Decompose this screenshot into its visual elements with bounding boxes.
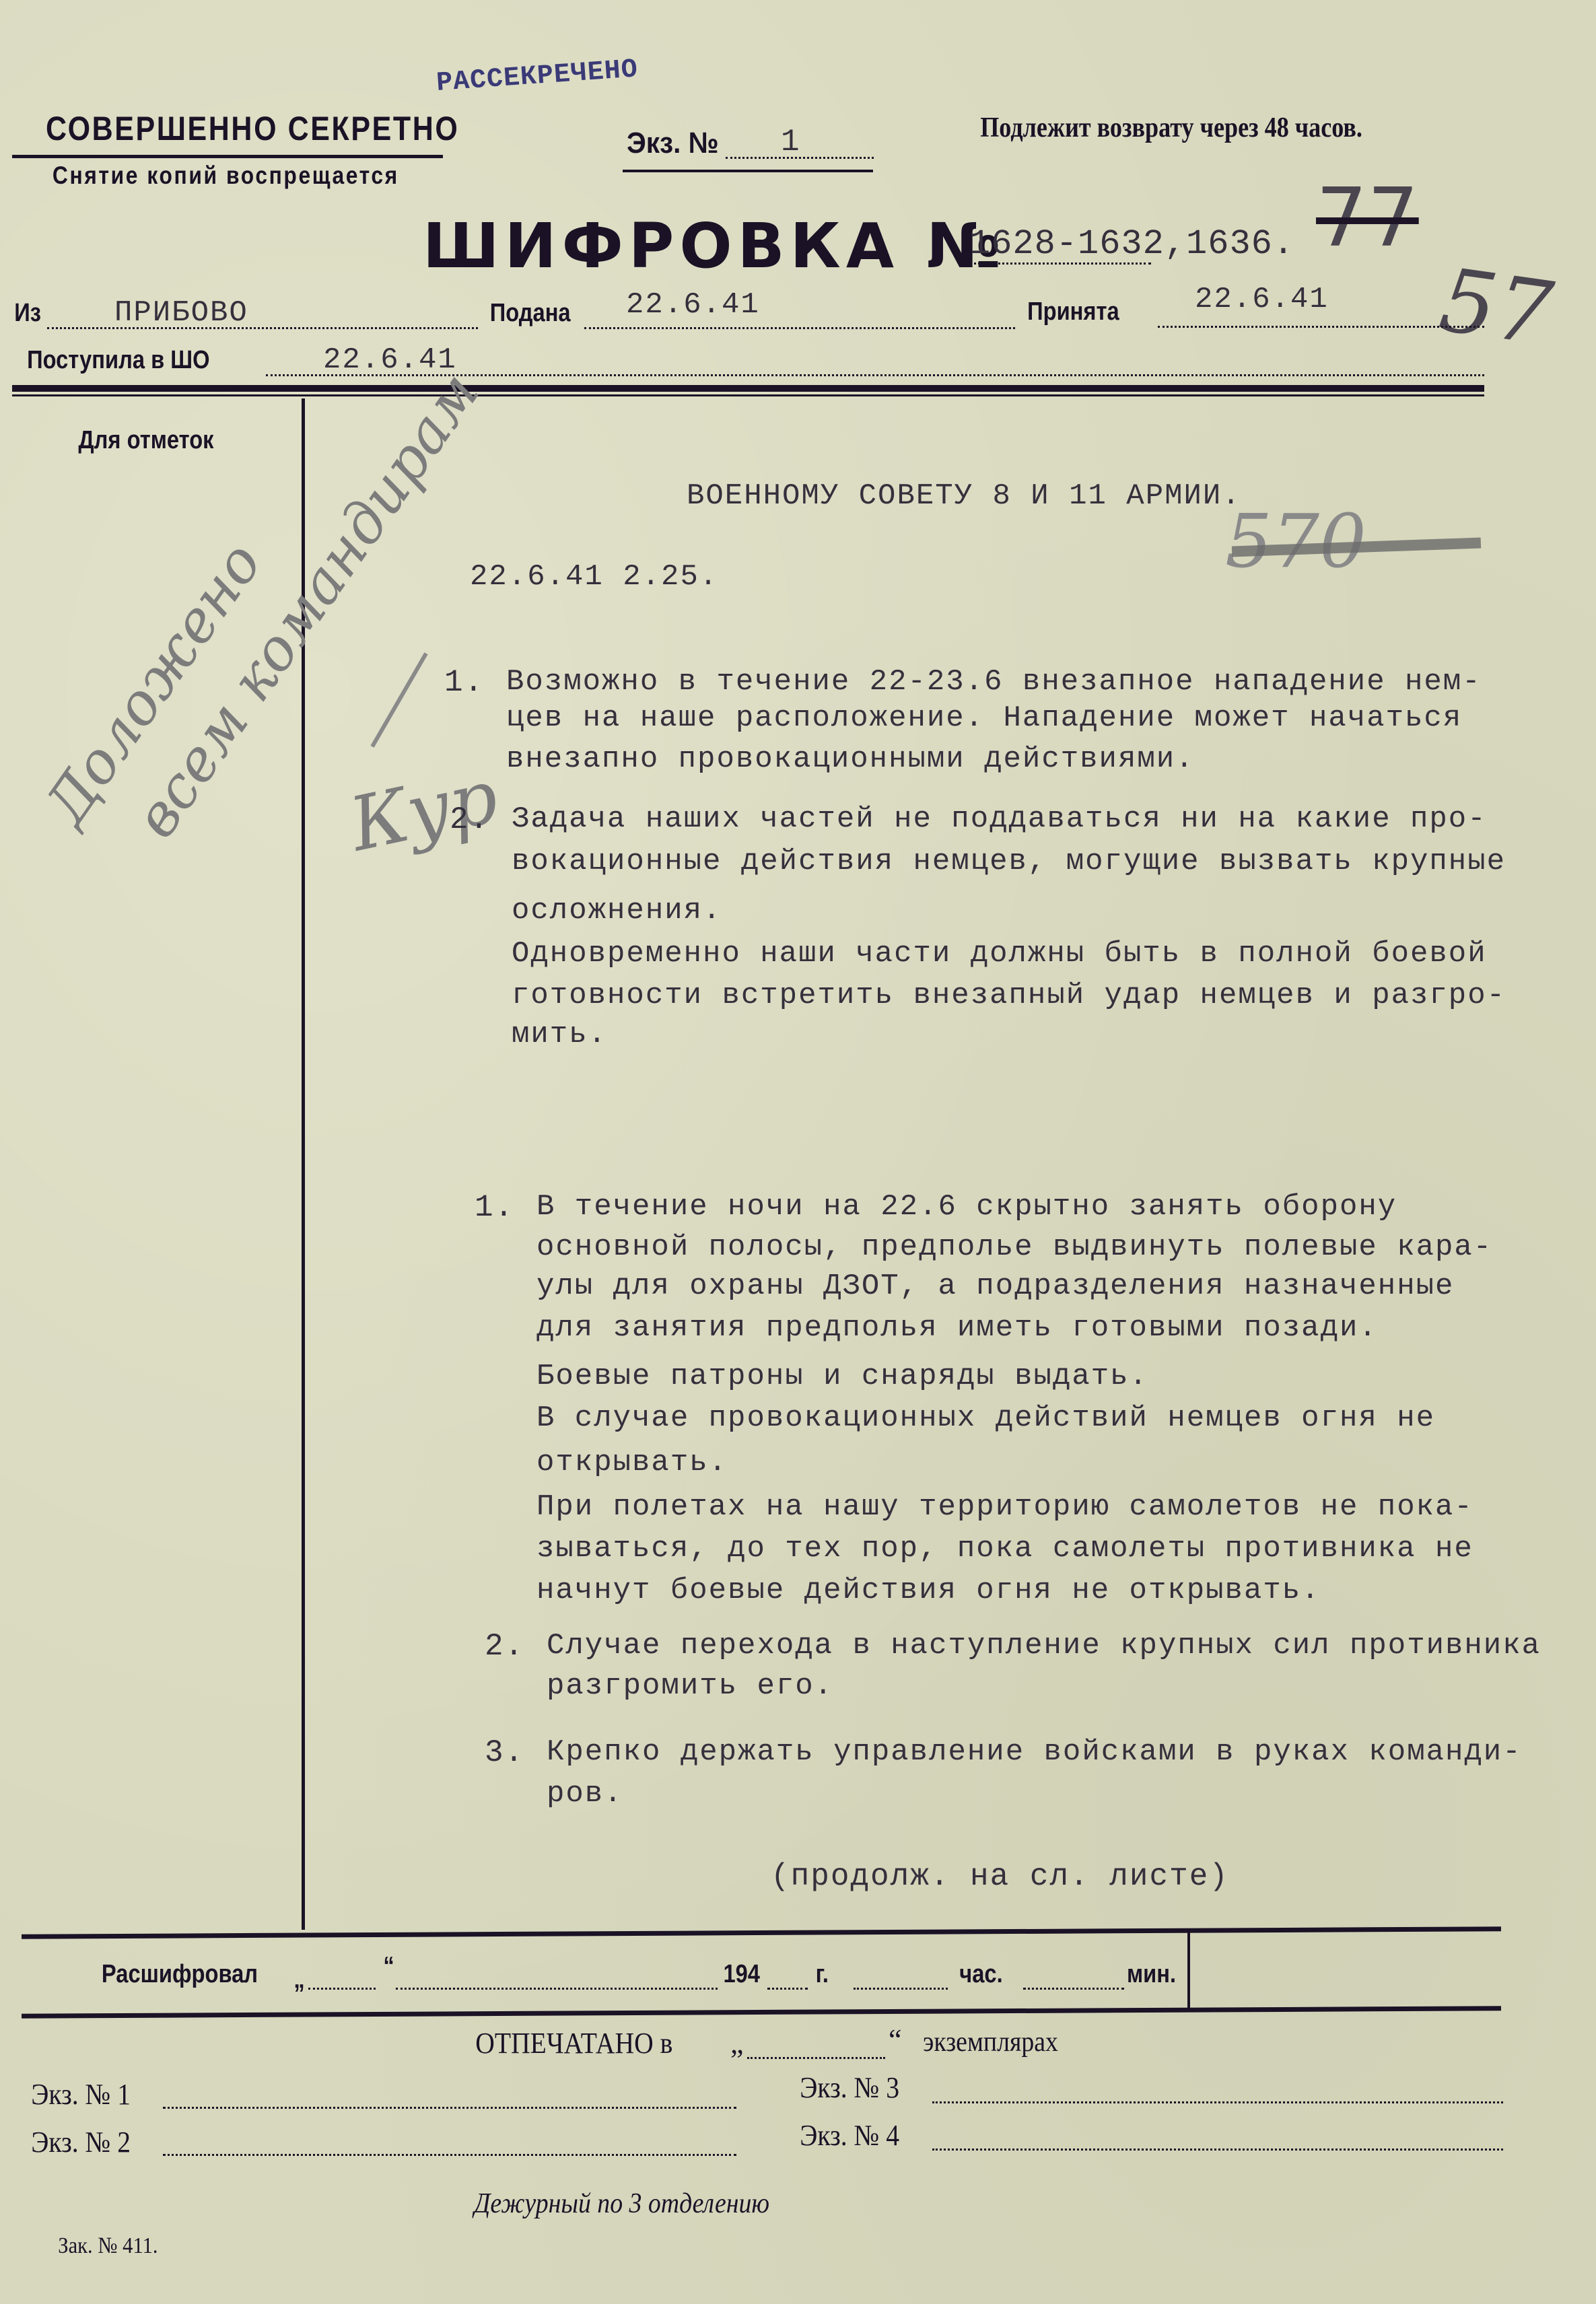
footer-vertical-rule	[1187, 1930, 1190, 2011]
pencil-mark-crossed-out: 77	[1316, 172, 1419, 265]
paragraph-number: 1.	[475, 1190, 514, 1225]
text-line: начнут боевые действия огня не открывать…	[536, 1574, 1321, 1607]
text-line: При полетах на нашу территорию самолетов…	[536, 1490, 1473, 1524]
text-line: основной полосы, предполье выдвинуть пол…	[536, 1230, 1492, 1264]
footer-top-rule	[22, 1926, 1501, 1939]
copy-1-dotline	[163, 2107, 736, 2109]
pencil-tick-mark	[370, 652, 427, 748]
copy-3-dotline	[932, 2101, 1503, 2103]
copy-2-dotline	[163, 2154, 736, 2156]
text-line: Крепко держать управление войсками в рук…	[547, 1735, 1522, 1769]
year-suffix: г.	[816, 1960, 829, 1989]
copy-3-label: Экз. № 3	[800, 2070, 899, 2105]
copy-number-label: Экз. №	[627, 127, 719, 160]
text-line: Задача наших частей не поддаваться ни на…	[512, 802, 1487, 836]
submitted-value: 22.6.41	[626, 288, 760, 322]
text-line: открывать.	[536, 1446, 728, 1479]
from-label: Из	[14, 299, 41, 328]
printed-close-quote: “	[889, 2023, 902, 2057]
header-thick-rule	[12, 385, 1484, 392]
footer-bottom-rule	[22, 2006, 1501, 2019]
copy-number-underline	[623, 170, 873, 172]
printed-copies-label: ОТПЕЧАТАНО в	[475, 2026, 672, 2060]
text-line: внезапно провокационными действиями.	[506, 742, 1195, 776]
copy-2-label: Экз. № 2	[31, 2125, 131, 2159]
text-line: осложнения.	[512, 894, 722, 928]
text-line: Одновременно наши части должны быть в по…	[512, 937, 1487, 971]
paragraph-number: 2.	[450, 802, 489, 837]
text-line: В течение ночи на 22.6 скрытно занять об…	[536, 1190, 1397, 1224]
copy-restriction-note: Снятие копий воспрещается	[53, 162, 399, 190]
text-line: разгромить его.	[547, 1669, 833, 1703]
month-dotline	[396, 1988, 718, 1990]
paragraph-number: 1.	[444, 665, 484, 700]
text-line: Возможно в течение 22-23.6 внезапное нап…	[506, 665, 1482, 699]
year-dotline	[767, 1988, 808, 1990]
arrived-label: Поступила в ШО	[27, 346, 209, 375]
text-line: вокационные действия немцев, могущие выз…	[512, 845, 1506, 878]
copy-1-label: Экз. № 1	[31, 2077, 131, 2111]
printed-copies-suffix: экземплярах	[923, 2026, 1058, 2058]
received-label: Принята	[1027, 298, 1119, 326]
pencil-mark-number: 57	[1434, 248, 1558, 365]
text-line: мить.	[512, 1018, 607, 1051]
cipher-numbers: 1628-1632,1636.	[969, 224, 1294, 264]
margin-label: Для отметок	[78, 426, 213, 455]
classification-heading: СОВЕРШЕННО СЕКРЕТНО	[46, 109, 459, 148]
text-line: Боевые патроны и снаряды выдать.	[536, 1360, 1148, 1393]
close-quote: “	[383, 1952, 394, 1981]
printed-open-quote: „	[730, 2026, 744, 2060]
text-line: для занятия предполья иметь готовыми поз…	[536, 1311, 1378, 1345]
continued-note: (продолж. на сл. листе)	[771, 1859, 1229, 1894]
document-title: ШИФРОВКА №	[423, 210, 1006, 282]
header-thin-rule	[12, 394, 1484, 396]
cipher-number-dotline	[969, 263, 1151, 265]
paragraph-number: 2.	[485, 1629, 524, 1664]
decoded-by-label: Расшифровал	[102, 1960, 258, 1989]
submitted-label: Подана	[490, 299, 571, 328]
addressee: ВОЕННОМУ СОВЕТУ 8 И 11 АРМИИ.	[687, 479, 1241, 513]
printed-count-dotline	[747, 2057, 885, 2059]
text-line: цев на наше расположение. Нападение може…	[506, 701, 1462, 735]
duty-officer: Дежурный по 3 отделению	[474, 2188, 769, 2220]
order-number: Зак. № 411.	[58, 2233, 158, 2259]
from-dotline	[47, 327, 478, 329]
paragraph-number: 3.	[485, 1735, 524, 1770]
received-value: 22.6.41	[1195, 283, 1329, 316]
pencil-mark-addressee: 570	[1225, 498, 1366, 584]
received-dotline	[1158, 326, 1484, 328]
hours-label: час.	[959, 1960, 1002, 1989]
open-quote: „	[293, 1965, 304, 1994]
text-line: Случае перехода в наступление крупных си…	[547, 1629, 1541, 1663]
return-deadline-note: Подлежит возврату через 48 часов.	[980, 112, 1362, 144]
submitted-dotline	[584, 327, 1015, 329]
text-line: улы для охраны ДЗОТ, а подразделения наз…	[536, 1269, 1454, 1303]
classification-underline	[12, 155, 443, 158]
from-value: ПРИБОВО	[114, 296, 248, 330]
text-line: готовности встретить внезапный удар немц…	[512, 979, 1506, 1012]
year-prefix: 194	[723, 1960, 760, 1989]
copy-4-label: Экз. № 4	[800, 2118, 899, 2153]
declassified-stamp: РАССЕКРЕЧЕНО	[436, 55, 639, 99]
minutes-label: мин.	[1127, 1960, 1176, 1989]
text-line: зываться, до тех пор, пока самолеты прот…	[536, 1532, 1473, 1566]
copy-number-value: 1	[781, 125, 801, 160]
message-datetime: 22.6.41 2.25.	[470, 560, 718, 594]
copy-4-dotline	[932, 2149, 1503, 2151]
text-line: ров.	[547, 1777, 623, 1811]
day-dotline	[308, 1988, 376, 1990]
text-line: В случае провокационных действий немцев …	[536, 1401, 1435, 1435]
hours-dotline	[854, 1988, 948, 1990]
minutes-dotline	[1023, 1988, 1124, 1990]
